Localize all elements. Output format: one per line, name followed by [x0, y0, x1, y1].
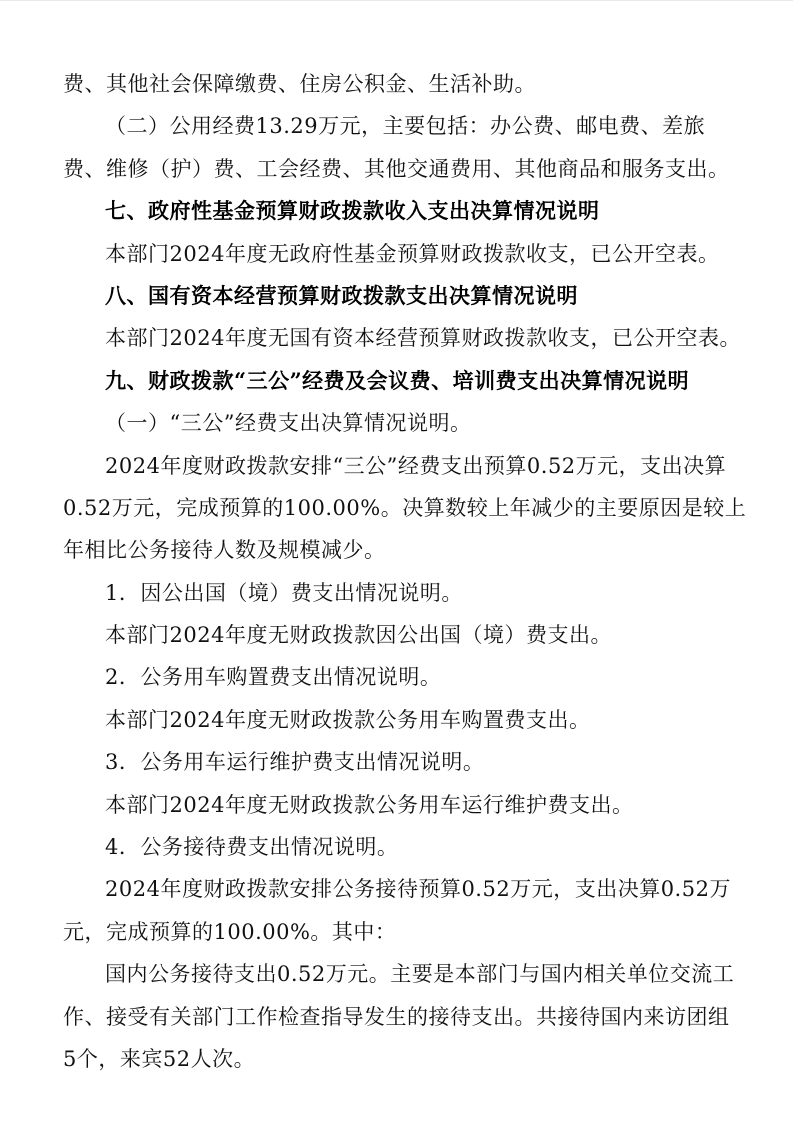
paragraph-line: 4．公务接待费支出情况说明。	[63, 826, 741, 868]
paragraph-line: 1．因公出国（境）费支出情况说明。	[63, 572, 741, 614]
paragraph-line: 本部门2024年度无财政拨款因公出国（境）费支出。	[63, 614, 741, 656]
paragraph-line: 本部门2024年度无财政拨款公务用车购置费支出。	[63, 699, 741, 741]
paragraph-line: 5个，来宾52人次。	[63, 1038, 741, 1080]
paragraph-line: 2024年度财政拨款安排公务接待预算0.52万元，支出决算0.52万	[63, 868, 741, 910]
section-heading: 七、政府性基金预算财政拨款收入支出决算情况说明	[63, 190, 741, 232]
paragraph-line: 本部门2024年度无财政拨款公务用车运行维护费支出。	[63, 784, 741, 826]
paragraph-line: 3．公务用车运行维护费支出情况说明。	[63, 741, 741, 783]
paragraph-line: 元，完成预算的100.00%。其中：	[63, 911, 741, 953]
paragraph-line: 年相比公务接待人数及规模减少。	[63, 529, 741, 571]
paragraph-line: 2024年度财政拨款安排“三公”经费支出预算0.52万元，支出决算	[63, 445, 741, 487]
paragraph-line: 作、接受有关部门工作检查指导发生的接待支出。共接待国内来访团组	[63, 996, 741, 1038]
document-body: 费、其他社会保障缴费、住房公积金、生活补助。（二）公用经费13.29万元，主要包…	[63, 63, 741, 1080]
paragraph-line: 0.52万元，完成预算的100.00%。决算数较上年减少的主要原因是较上	[63, 487, 741, 529]
paragraph-line: 本部门2024年度无国有资本经营预算财政拨款收支，已公开空表。	[63, 317, 741, 359]
section-heading: 八、国有资本经营预算财政拨款支出决算情况说明	[63, 275, 741, 317]
document-page: 费、其他社会保障缴费、住房公积金、生活补助。（二）公用经费13.29万元，主要包…	[0, 0, 793, 1122]
paragraph-line: （一）“三公”经费支出决算情况说明。	[63, 402, 741, 444]
paragraph-line: 费、其他社会保障缴费、住房公积金、生活补助。	[63, 63, 741, 105]
section-heading: 九、财政拨款“三公”经费及会议费、培训费支出决算情况说明	[63, 360, 741, 402]
paragraph-line: 本部门2024年度无政府性基金预算财政拨款收支，已公开空表。	[63, 233, 741, 275]
paragraph-line: 2．公务用车购置费支出情况说明。	[63, 656, 741, 698]
paragraph-line: （二）公用经费13.29万元，主要包括：办公费、邮电费、差旅	[63, 105, 741, 147]
paragraph-line: 国内公务接待支出0.52万元。主要是本部门与国内相关单位交流工	[63, 953, 741, 995]
paragraph-line: 费、维修（护）费、工会经费、其他交通费用、其他商品和服务支出。	[63, 148, 741, 190]
